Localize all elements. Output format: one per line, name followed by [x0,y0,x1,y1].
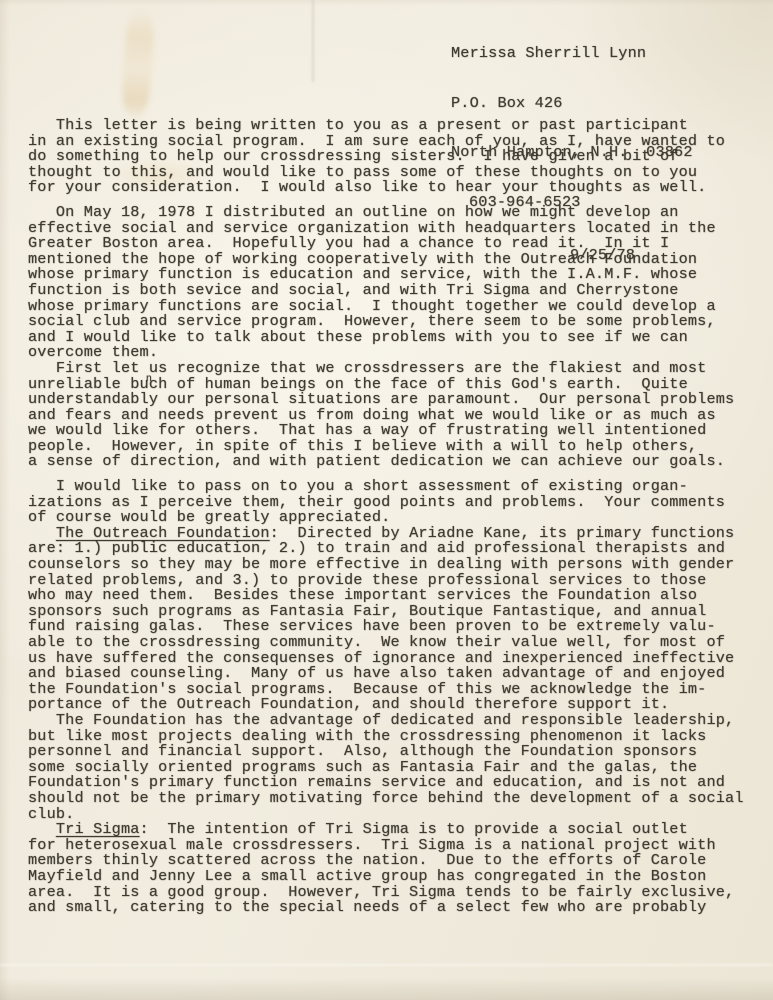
letter-line: and small, catering to the special needs… [28,900,744,916]
scanned-letter-page: { "document": { "sender": { "name": "Mer… [0,0,773,1000]
sender-po-box: P.O. Box 426 [451,95,693,112]
paragraph: I would like to pass on to you a short a… [28,479,744,526]
paragraph: First let us recognize that we crossdres… [28,361,744,470]
letter-line: should not be the primary motivating for… [28,791,744,807]
text-run: and small, catering to the special needs… [28,898,706,916]
paper-stain-drip [120,7,156,119]
paragraph: On May 18, 1978 I distributed an outline… [28,205,744,361]
paragraph: Tri Sigma: The intention of Tri Sigma is… [28,822,744,916]
paragraph: This letter is being written to you as a… [28,118,744,196]
letter-paper: Merissa Sherrill Lynn P.O. Box 426 North… [0,0,773,1000]
paragraph: The Foundation has the advantage of dedi… [28,713,744,822]
paper-crease-bottom [0,964,773,966]
letter-body: This letter is being written to you as a… [28,118,744,916]
letter-line: a sense of direction, and with patient d… [28,454,744,470]
sender-name: Merissa Sherrill Lynn [451,45,693,62]
paper-crease-top [312,0,314,82]
paper-edge-shadow [0,0,10,1000]
text-run: a sense of direction, and with patient d… [28,452,725,470]
text-run: should not be the primary motivating for… [28,789,744,807]
paragraph: The Outreach Foundation: Directed by Ari… [28,526,744,713]
letter-line: for your consideration. I would also lik… [28,180,744,196]
text-run: for your consideration. I would also lik… [28,178,706,196]
paper-bottom-shadow [0,978,773,1000]
paper-top-shadow [0,0,773,6]
